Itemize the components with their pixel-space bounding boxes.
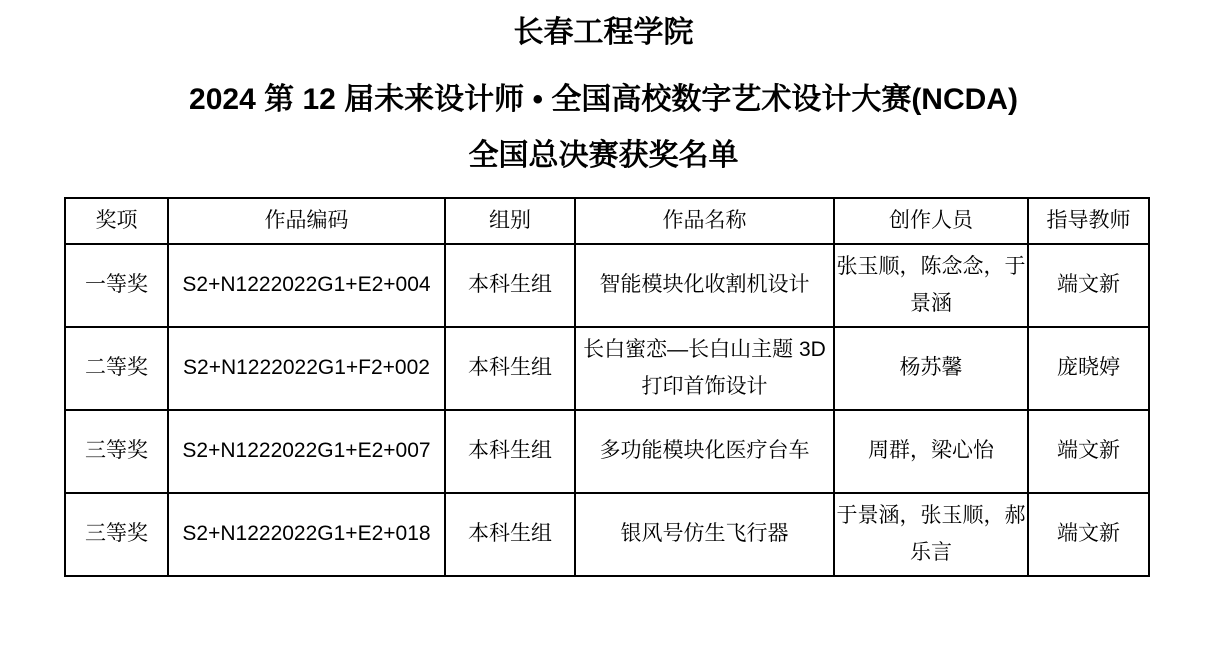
doc-title-school: 长春工程学院 (0, 13, 1207, 53)
group-cell: 本科生组 (445, 244, 575, 327)
col-header-work: 作品名称 (575, 198, 834, 244)
code-cell: S2+N1222022G1+F2+002 (168, 327, 445, 410)
advisor-cell: 端文新 (1028, 244, 1149, 327)
group-cell: 本科生组 (445, 493, 575, 576)
creators-cell: 张玉顺，陈念念，于景涵 (834, 244, 1028, 327)
advisor-cell: 端文新 (1028, 410, 1149, 493)
work-cell: 智能模块化收割机设计 (575, 244, 834, 327)
col-header-creators: 创作人员 (834, 198, 1028, 244)
award-cell: 三等奖 (65, 410, 168, 493)
advisor-cell: 端文新 (1028, 493, 1149, 576)
col-header-award: 奖项 (65, 198, 168, 244)
table-header-row: 奖项 作品编码 组别 作品名称 创作人员 指导教师 (65, 198, 1149, 244)
code-cell: S2+N1222022G1+E2+004 (168, 244, 445, 327)
award-cell: 一等奖 (65, 244, 168, 327)
advisor-cell: 庞晓婷 (1028, 327, 1149, 410)
creators-cell: 于景涵，张玉顺，郝乐言 (834, 493, 1028, 576)
col-header-advisor: 指导教师 (1028, 198, 1149, 244)
code-cell: S2+N1222022G1+E2+018 (168, 493, 445, 576)
creators-cell: 杨苏馨 (834, 327, 1028, 410)
table-row: 三等奖 S2+N1222022G1+E2+018 本科生组 银风号仿生飞行器 于… (65, 493, 1149, 576)
work-cell: 长白蜜恋—长白山主题 3D 打印首饰设计 (575, 327, 834, 410)
work-cell: 银风号仿生飞行器 (575, 493, 834, 576)
code-cell: S2+N1222022G1+E2+007 (168, 410, 445, 493)
table-row: 三等奖 S2+N1222022G1+E2+007 本科生组 多功能模块化医疗台车… (65, 410, 1149, 493)
col-header-code: 作品编码 (168, 198, 445, 244)
table-row: 二等奖 S2+N1222022G1+F2+002 本科生组 长白蜜恋—长白山主题… (65, 327, 1149, 410)
group-cell: 本科生组 (445, 410, 575, 493)
doc-title-competition: 2024 第 12 届未来设计师 • 全国高校数字艺术设计大赛(NCDA) (0, 80, 1207, 120)
creators-cell: 周群，梁心怡 (834, 410, 1028, 493)
awards-table: 奖项 作品编码 组别 作品名称 创作人员 指导教师 一等奖 S2+N122202… (64, 197, 1150, 577)
award-cell: 二等奖 (65, 327, 168, 410)
group-cell: 本科生组 (445, 327, 575, 410)
doc-title-list-name: 全国总决赛获奖名单 (0, 136, 1207, 176)
col-header-group: 组别 (445, 198, 575, 244)
work-cell: 多功能模块化医疗台车 (575, 410, 834, 493)
table-row: 一等奖 S2+N1222022G1+E2+004 本科生组 智能模块化收割机设计… (65, 244, 1149, 327)
award-cell: 三等奖 (65, 493, 168, 576)
